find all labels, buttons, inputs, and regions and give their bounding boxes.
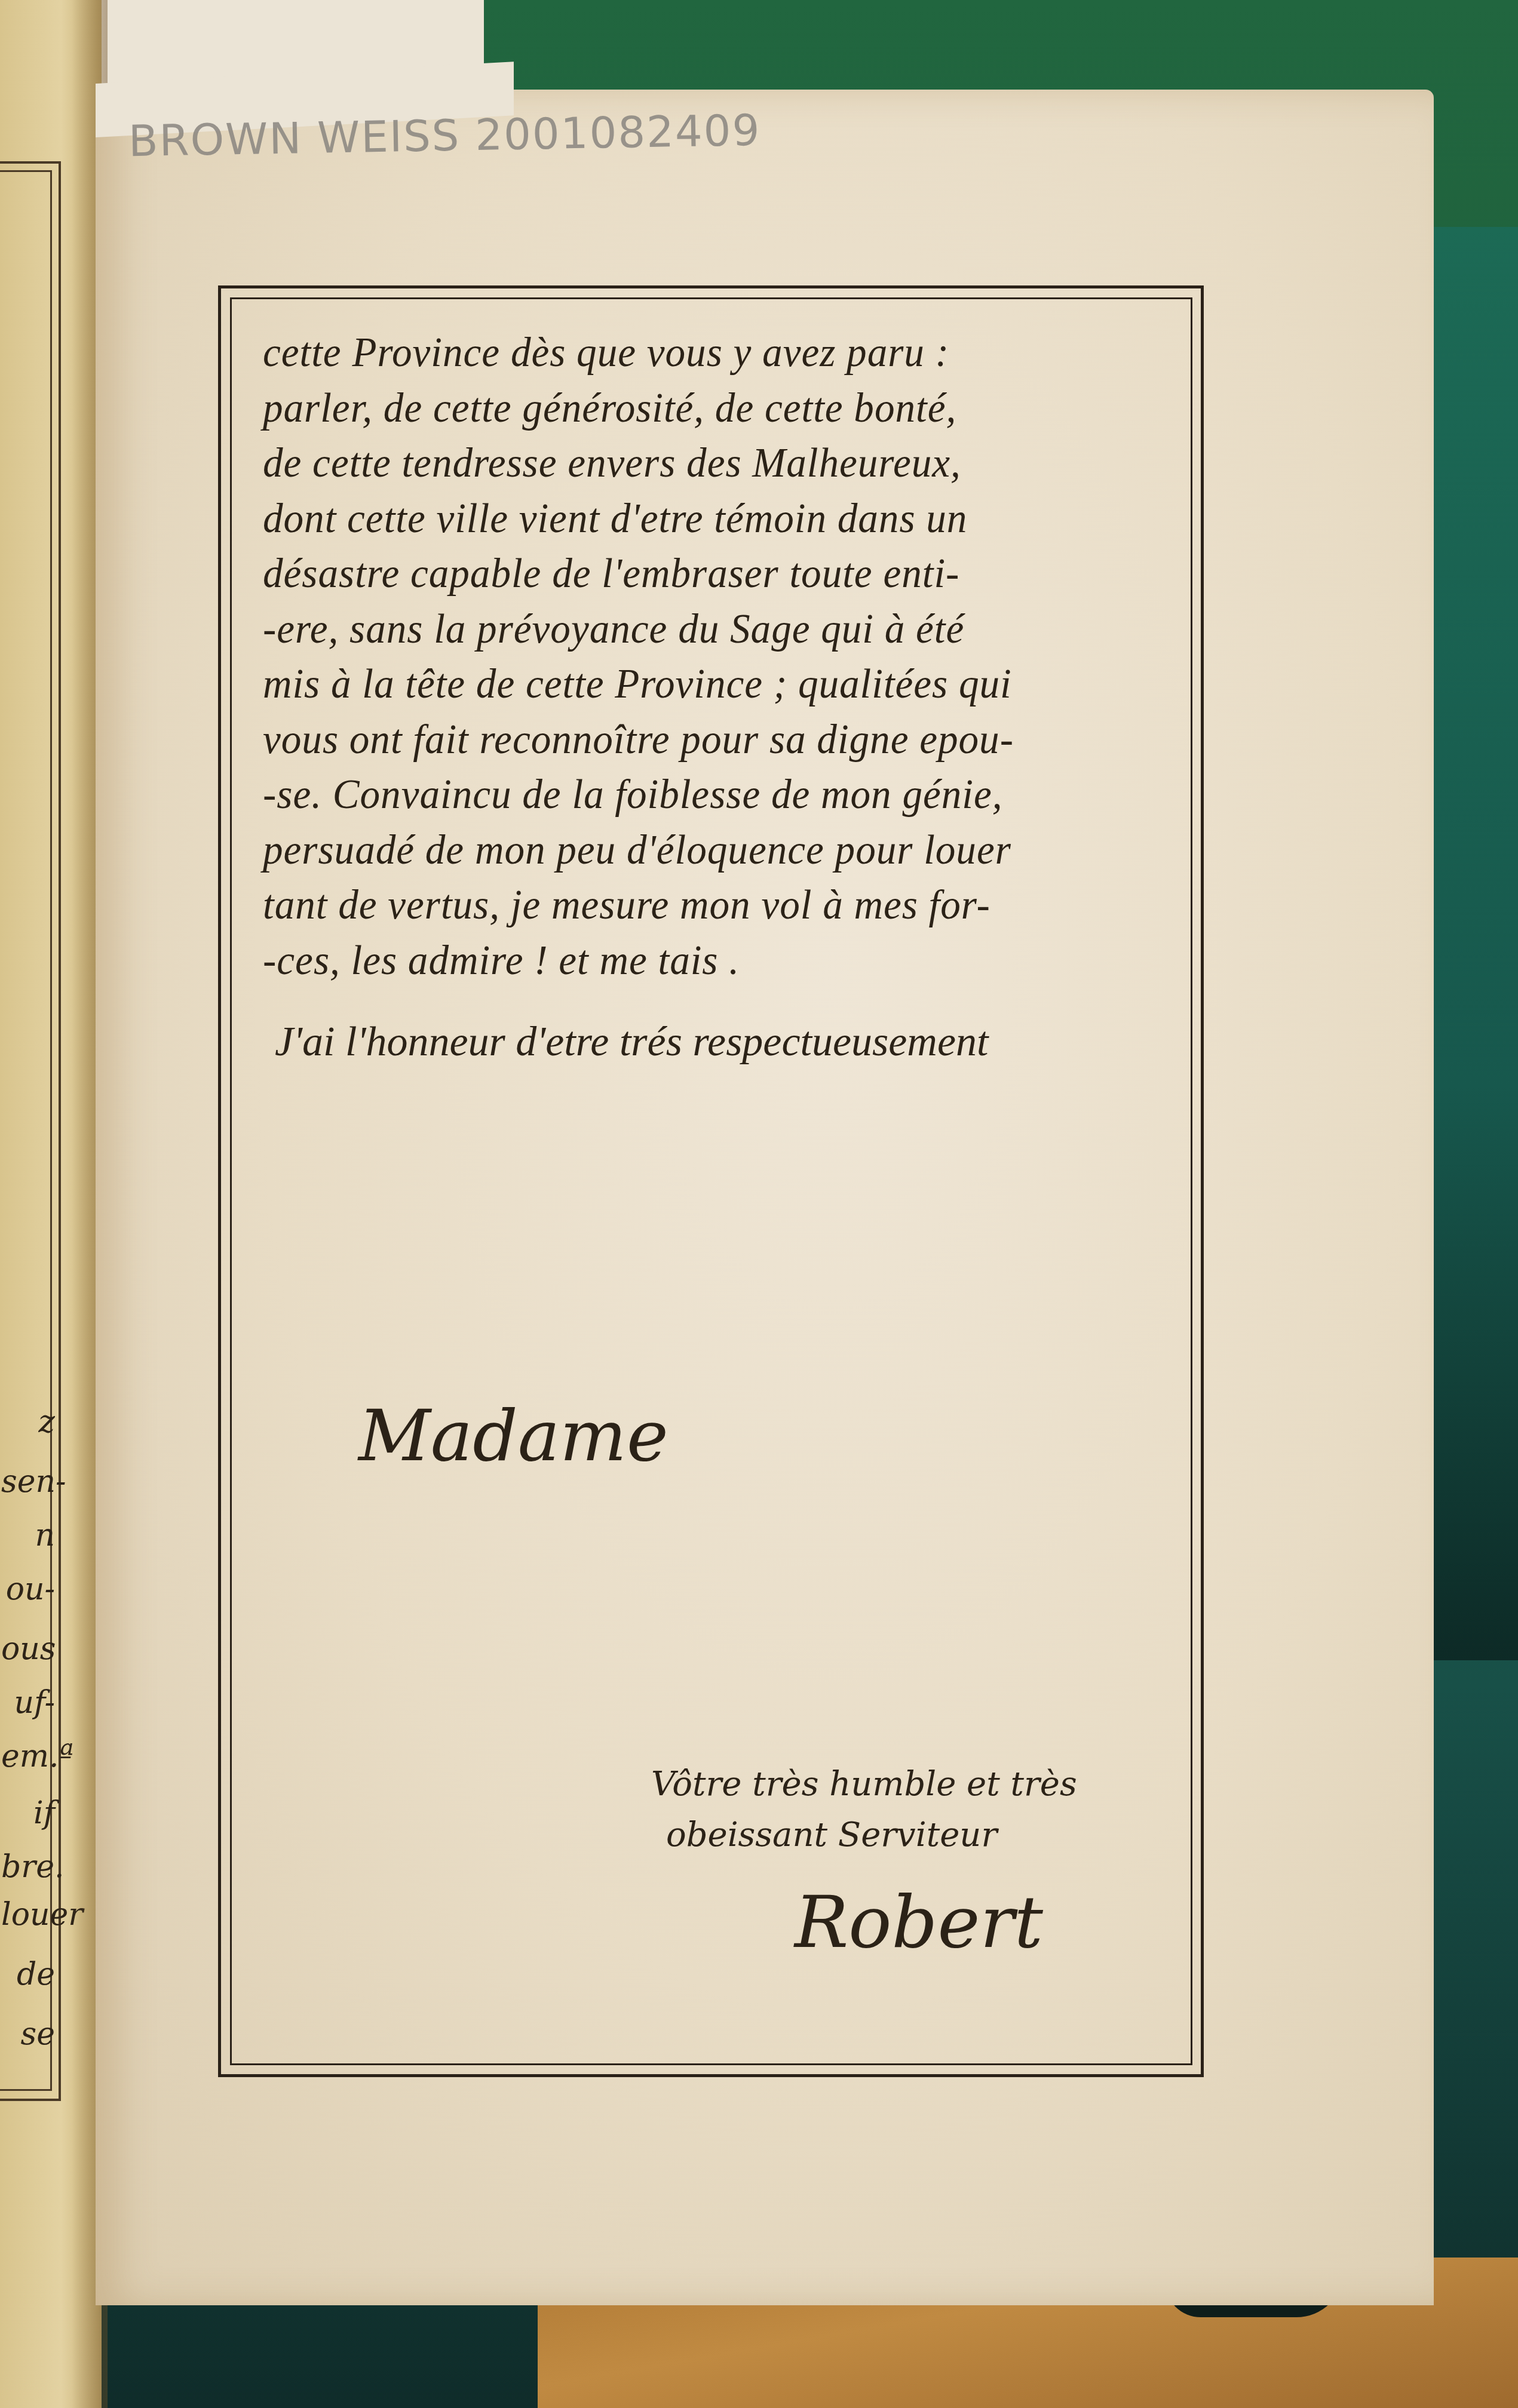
body-line: parler, de cette générosité, de cette bo… (263, 381, 1158, 437)
left-fragment: sen- (1, 1466, 55, 1497)
left-fragment: em.ª (1, 1741, 55, 1772)
body-line: de cette tendresse envers des Malheureux… (263, 436, 1158, 492)
body-line: persuadé de mon peu d'éloquence pour lou… (263, 823, 1158, 879)
signoff-line-2: obeissant Serviteur (666, 1816, 997, 1854)
body-line: vous ont fait reconnoître pour sa digne … (263, 712, 1158, 768)
left-fragment: ous (1, 1633, 55, 1664)
body-line: tant de vertus, je mesure mon vol à mes … (263, 878, 1158, 933)
salutation: Madame (358, 1395, 668, 1477)
letter-body: cette Province dès que vous y avez paru … (263, 325, 1195, 988)
left-fragment: uf- (1, 1687, 55, 1718)
body-line: dont cette ville vient d'etre témoin dan… (263, 492, 1158, 547)
teal-cloth-fold (1434, 227, 1518, 1660)
left-fragment: louer (1, 1899, 55, 1930)
left-fragment: bre. (1, 1851, 55, 1882)
closing-formula: J'ai l'honneur d'etre trés respectueusem… (275, 1018, 988, 1066)
left-fragment: se (1, 2019, 55, 2050)
left-fragment: n (1, 1520, 55, 1551)
signoff-line-1: Vôtre très humble et très (651, 1765, 1077, 1804)
body-line: -ces, les admire ! et me tais . (263, 933, 1158, 989)
left-fragment: de (1, 1959, 55, 1990)
body-line: mis à la tête de cette Province ; qualit… (263, 657, 1158, 712)
body-line: -ere, sans la prévoyance du Sage qui à é… (263, 602, 1158, 658)
body-line: -se. Convaincu de la foiblesse de mon gé… (263, 767, 1158, 823)
body-line: cette Province dès que vous y avez paru … (263, 325, 1158, 381)
signature: Robert (795, 1881, 1043, 1964)
left-fragment: if (1, 1798, 55, 1829)
left-fragment: ou- (1, 1574, 55, 1605)
body-line: désastre capable de l'embraser toute ent… (263, 546, 1158, 602)
left-fragment: z (1, 1406, 55, 1438)
